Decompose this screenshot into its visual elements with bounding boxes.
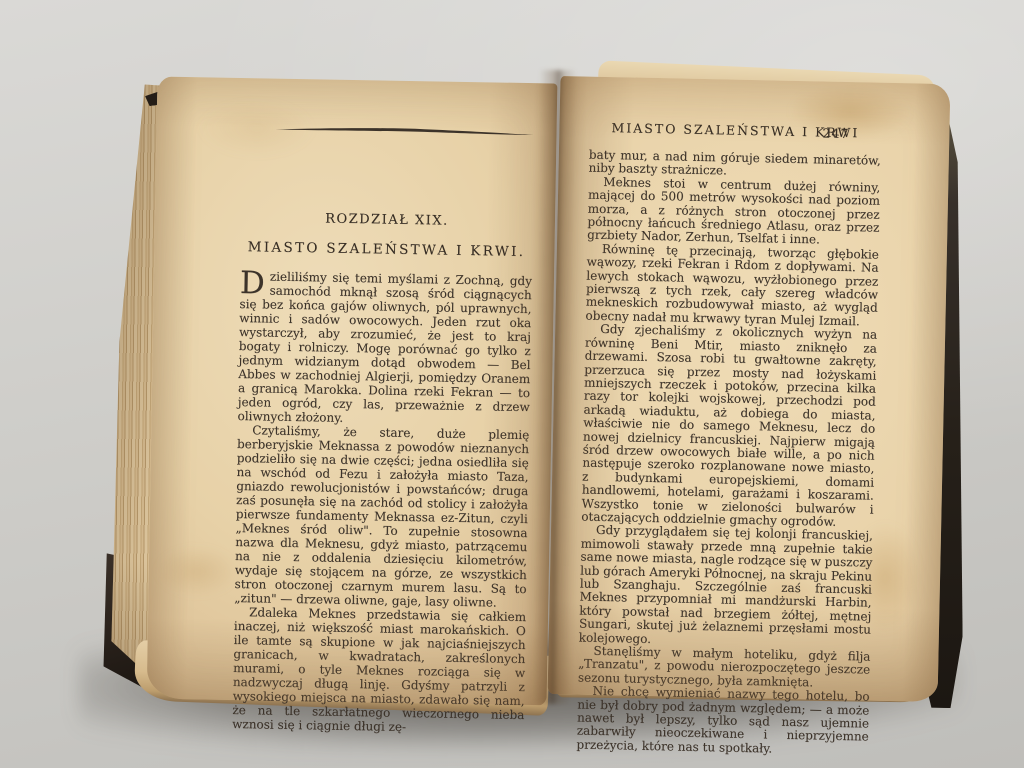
chapter-number-heading: ROZDZIAŁ XIX.: [241, 211, 533, 230]
chapter-title: MIASTO SZALEŃSTWA I KRWI.: [240, 240, 532, 259]
paragraph: Dzieliliśmy się temi myślami z Zochną, g…: [237, 269, 532, 428]
paragraph: Gdy przyglądałem się tej kolonji francus…: [579, 524, 873, 651]
book-photo-scene: ROZDZIAŁ XIX. MIASTO SZALEŃSTWA I KRWI. …: [0, 0, 1024, 768]
paragraph: Gdy zjechaliśmy z okolicznych wyżyn na r…: [581, 323, 877, 530]
right-page-text-column: MIASTO SZALEŃSTWA I KRWI 247 baty mur, a…: [576, 121, 881, 758]
paragraph: Zdaleka Meknes przedstawia się całkiem i…: [232, 605, 526, 736]
paragraph: Czytaliśmy, że stare, duże plemię berber…: [234, 423, 529, 610]
page-stain: [154, 545, 239, 598]
right-page: MIASTO SZALEŃSTWA I KRWI 247 baty mur, a…: [548, 76, 951, 702]
chapter-rule-ornament: [275, 122, 535, 135]
left-page-text-column: ROZDZIAŁ XIX. MIASTO SZALEŃSTWA I KRWI. …: [232, 118, 535, 736]
paragraph-text: zieliliśmy się temi myślami z Zochną, gd…: [237, 270, 532, 425]
paragraph: Nie chcę wymieniać nazwy tego hotelu, bo…: [576, 685, 869, 758]
paragraph: Równinę tę przecinają, tworząc głębokie …: [585, 242, 879, 329]
page-number: 247: [822, 126, 849, 140]
paragraph: Meknes stoi w centrum dużej równiny, maj…: [587, 175, 880, 248]
left-page: ROZDZIAŁ XIX. MIASTO SZALEŃSTWA I KRWI. …: [147, 77, 558, 706]
drop-cap: D: [240, 269, 270, 297]
